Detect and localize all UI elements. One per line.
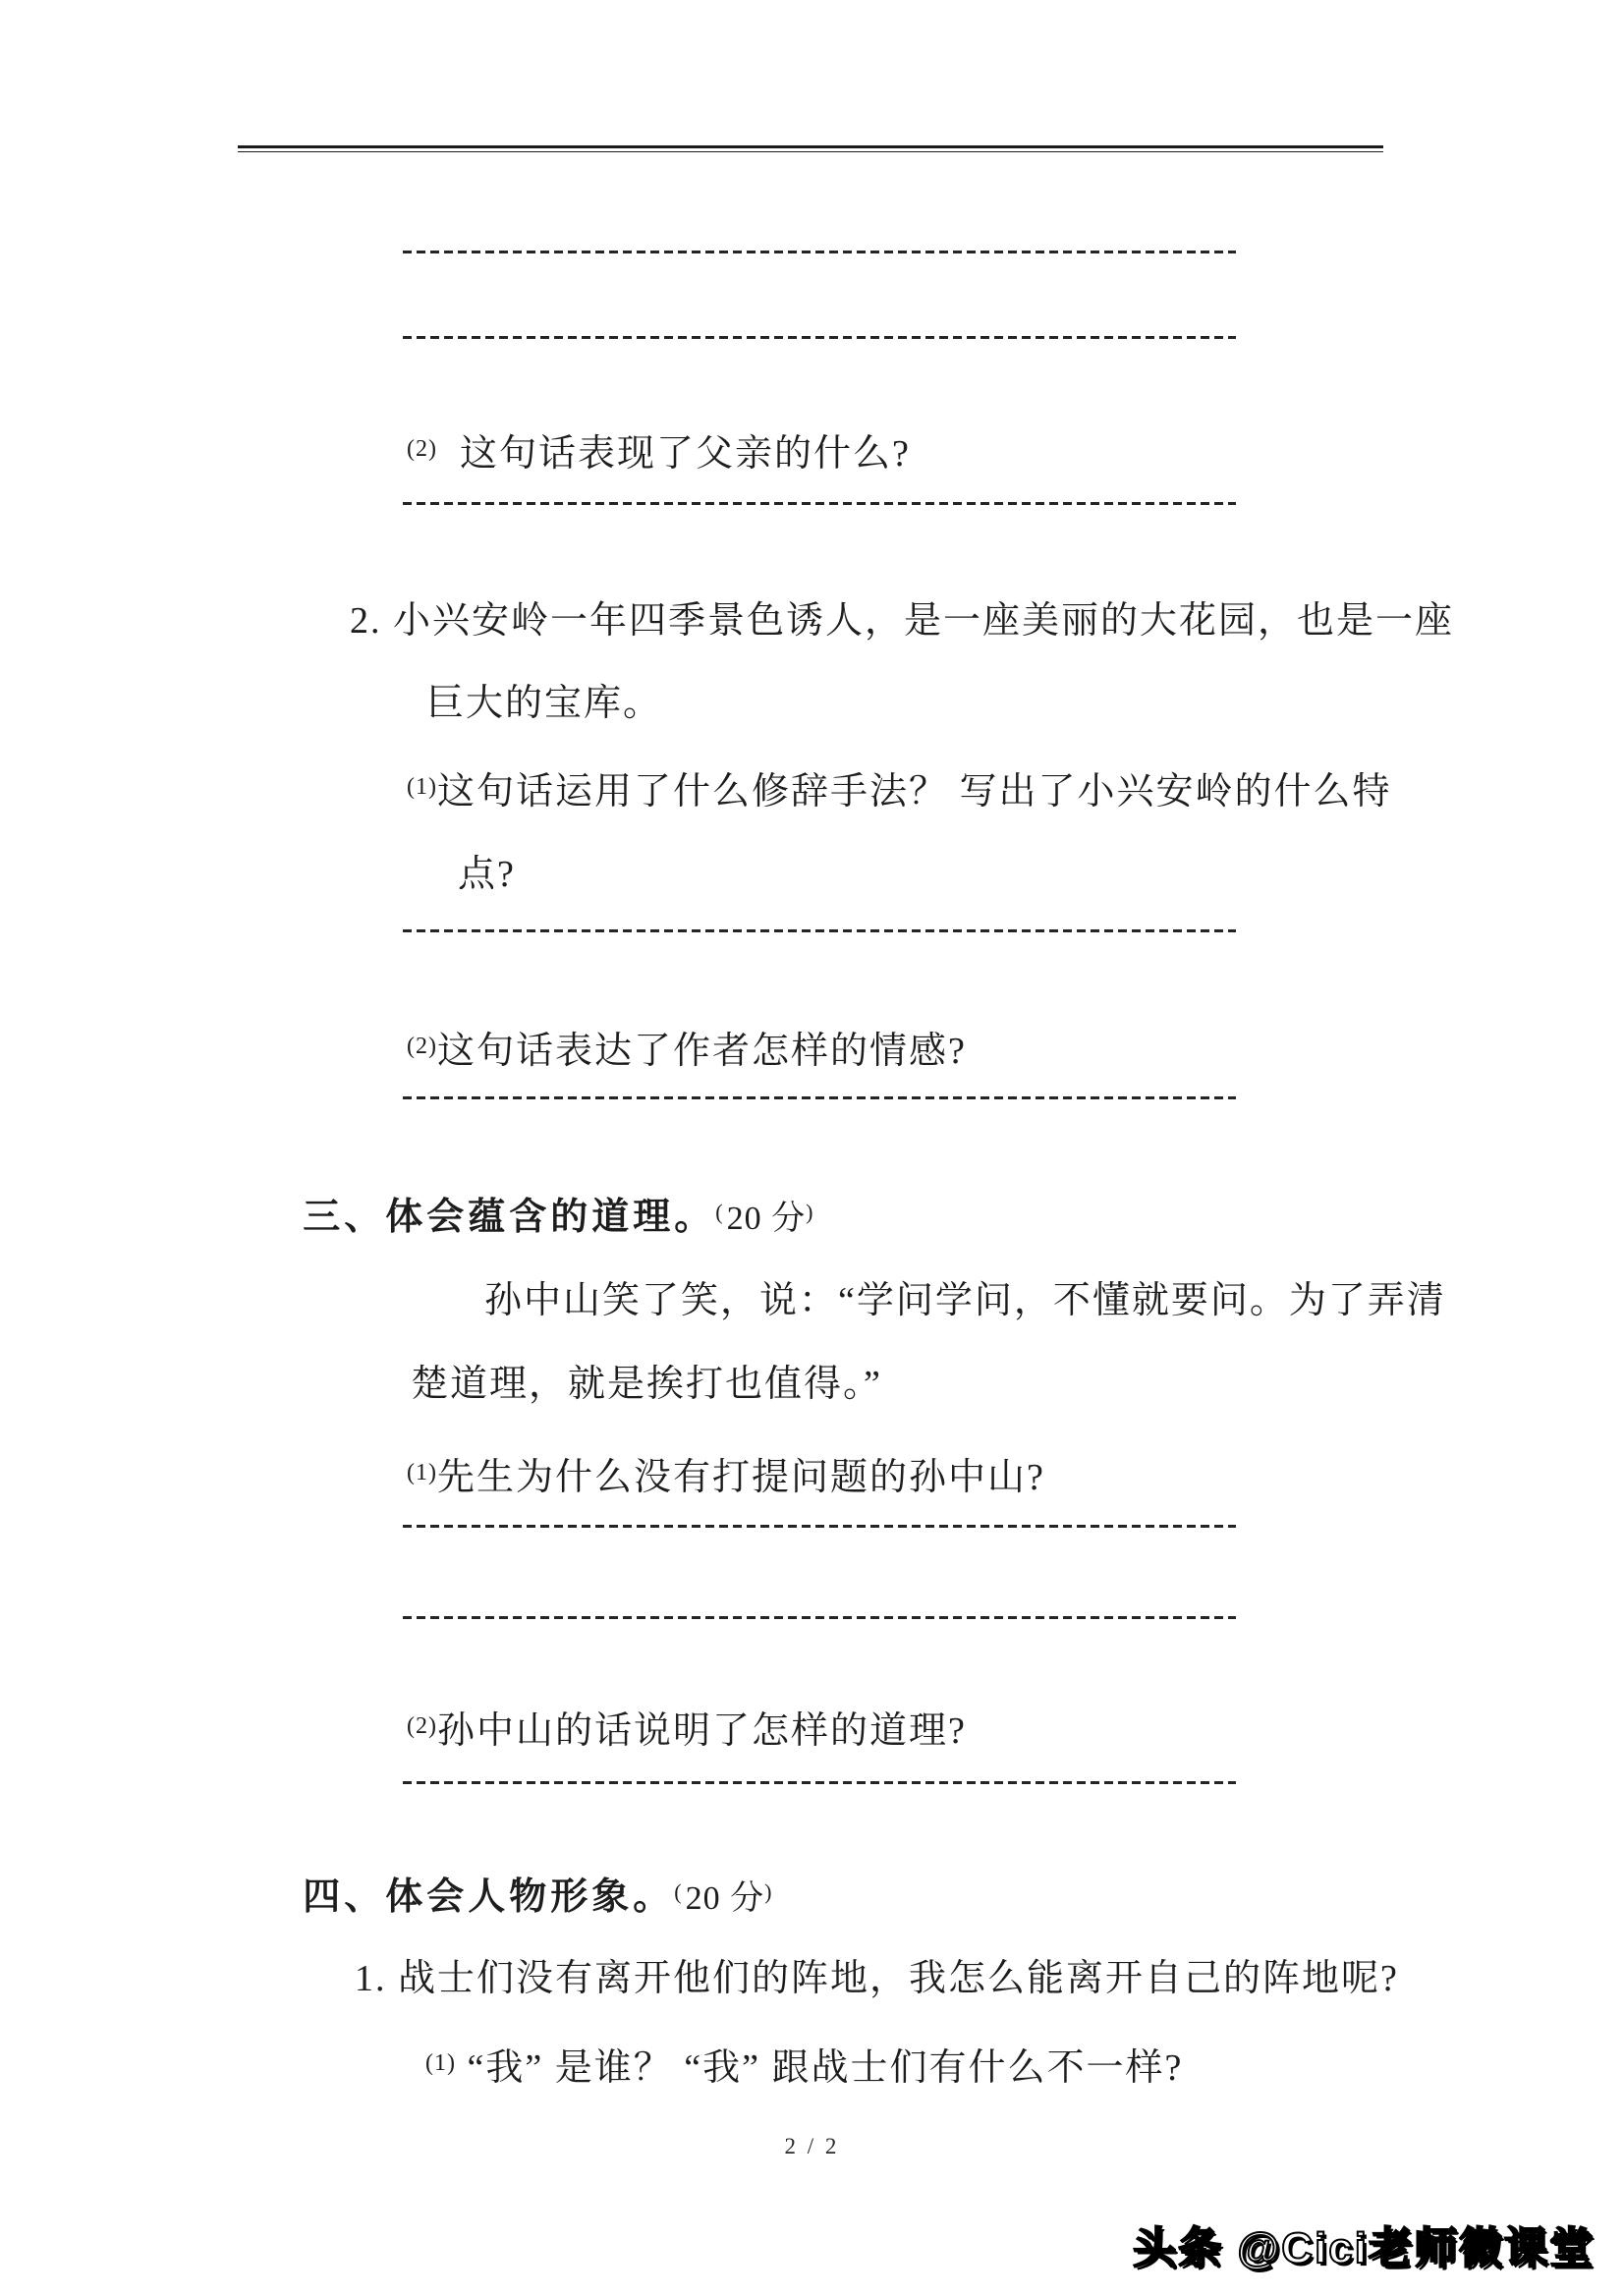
question-number: 2. — [350, 600, 382, 642]
answer-line — [403, 336, 1236, 339]
score-paren-close: ) — [806, 1200, 816, 1224]
sub-question-number: (2) — [407, 1034, 437, 1059]
sub-question-text: 这句话表达了作者怎样的情感? — [437, 1031, 967, 1072]
sub-question-number: (1) — [425, 2050, 456, 2076]
score-paren-open: ( — [674, 1879, 685, 1904]
test-paper-page: (2) 这句话表现了父亲的什么? 2. 小兴安岭一年四季景色诱人，是一座美丽的大… — [0, 0, 1624, 2296]
sub-question-text: 先生为什么没有打提问题的孙中山? — [437, 1457, 1045, 1498]
sub-question: (1)这句话运用了什么修辞手法？ 写出了小兴安岭的什么特 — [362, 725, 1392, 854]
answer-line — [403, 502, 1236, 505]
sub-question-text: 孙中山的话说明了怎样的道理? — [437, 1710, 967, 1752]
sub-question-number: (1) — [407, 774, 437, 800]
sub-question-number: (2) — [407, 436, 437, 462]
question-text: 战士们没有离开他们的阵地，我怎么能离开自己的阵地呢? — [387, 1958, 1399, 1999]
page-number: 2 / 2 — [0, 2134, 1624, 2159]
sub-question: (2)孙中山的话说明了怎样的道理? — [362, 1664, 967, 1793]
section-4-title: 四、体会人物形象。 — [303, 1876, 674, 1918]
section-3-score: 20 分 — [727, 1201, 807, 1237]
passage-text: 楚道理，就是挨打也值得。” — [411, 1364, 882, 1405]
answer-line — [403, 929, 1236, 932]
answer-line — [403, 1616, 1236, 1619]
question-text: 小兴安岭一年四季景色诱人，是一座美丽的大花园，也是一座 — [382, 600, 1455, 642]
sub-question: (1)先生为什么没有打提问题的孙中山? — [362, 1411, 1045, 1540]
score-paren-open: ( — [715, 1200, 726, 1224]
sub-question: (1) “我” 是谁？ “我” 跟战士们有什么不一样? — [380, 2001, 1183, 2130]
sub-question-number: (2) — [407, 1713, 437, 1739]
question-number: 1. — [355, 1958, 387, 1999]
score-paren-close: ) — [764, 1879, 775, 1904]
header-rule — [238, 145, 1383, 152]
sub-question-continued: 点? — [413, 812, 516, 936]
answer-line — [403, 1525, 1236, 1528]
answer-line — [403, 1781, 1236, 1784]
answer-line — [403, 251, 1236, 253]
sub-question: (2)这句话表达了作者怎样的情感? — [362, 984, 967, 1113]
sub-question-text: “我” 是谁？ “我” 跟战士们有什么不一样? — [456, 2047, 1183, 2089]
sub-question-text: 这句话运用了什么修辞手法？ 写出了小兴安岭的什么特 — [437, 771, 1392, 812]
section-4-score: 20 分 — [686, 1880, 765, 1917]
section-3-title: 三、体会蕴含的道理。 — [303, 1197, 715, 1238]
passage-text: 孙中山笑了笑，说：“学问学问，不懂就要问。为了弄清 — [484, 1280, 1446, 1321]
sub-question: (2) 这句话表现了父亲的什么? — [362, 387, 911, 516]
question-text: 巨大的宝库。 — [426, 683, 662, 724]
answer-line — [403, 1096, 1236, 1099]
watermark: 头条 @Cici老师微课堂 — [1133, 2212, 1595, 2275]
sub-question-text: 这句话表现了父亲的什么? — [437, 433, 911, 475]
sub-question-text: 点? — [458, 854, 516, 895]
sub-question-number: (1) — [407, 1460, 437, 1485]
